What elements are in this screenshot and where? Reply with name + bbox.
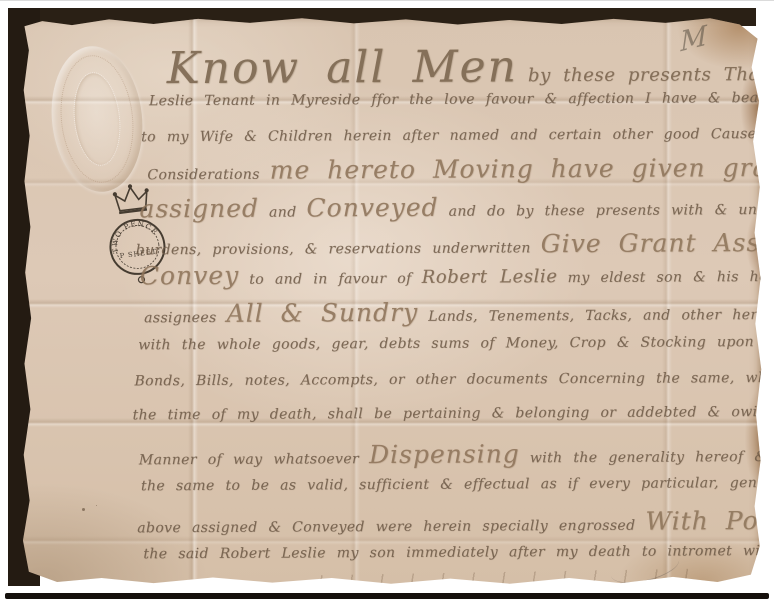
text-segment: with the generality hereof & admitting <box>530 449 762 467</box>
text-segment: Robert Leslie <box>422 266 558 288</box>
handwritten-line-7: Conveyto and in favour ofRobert Lesliemy… <box>140 258 762 291</box>
scan-top-hairline <box>0 0 774 1</box>
text-segment: Bonds, Bills, notes, Accompts, or other … <box>134 370 762 390</box>
text-segment: Considerations <box>147 167 260 184</box>
text-segment: Lands, Tenements, Tacks, and other herit… <box>428 306 762 324</box>
text-segment: by these presents That I Robert <box>528 64 762 87</box>
text-segment: the time of my death, shall be pertainin… <box>133 403 762 423</box>
handwritten-line-13: the same to be as valid, sufficient & ef… <box>141 475 762 495</box>
handwritten-line-11: the time of my death, shall be pertainin… <box>133 403 762 423</box>
text-segment: and do by these presents with & under th… <box>449 202 762 220</box>
text-segment: above assigned & Conveyed were herein sp… <box>137 518 635 537</box>
text-segment: Know all Men <box>167 41 518 94</box>
text-segment: Manner of way whatsoever <box>139 451 359 468</box>
handwritten-line-2: Leslie Tenant in Myreside ffor the love … <box>149 90 762 109</box>
handwritten-line-15: the said Robert Leslie my son immediatel… <box>143 543 762 563</box>
text-segment: to my Wife & Children herein after named… <box>141 126 762 145</box>
text-segment: assigned <box>139 194 259 224</box>
handwritten-line-3: to my Wife & Children herein after named… <box>141 126 762 146</box>
text-segment: Dispensing <box>369 439 520 469</box>
text-segment: my eldest son & his heirs and <box>568 269 762 286</box>
text-segment: the said Robert Leslie my son immediatel… <box>143 543 762 563</box>
handwritten-line-9: with the whole goods, gear, debts sums o… <box>138 334 762 354</box>
text-segment: With Power <box>645 506 762 536</box>
text-segment: with the whole goods, gear, debts sums o… <box>138 334 762 354</box>
text-segment: All & Sundry <box>227 298 419 328</box>
handwritten-line-8: assigneesAll & SundryLands, Tenements, T… <box>144 295 762 328</box>
scan-bottom-edge <box>5 593 769 599</box>
handwritten-line-14: above assigned & Conveyed were herein sp… <box>137 506 762 539</box>
scanned-document: TWO PENCE P SHEET M Know all Menby these… <box>0 0 774 602</box>
text-segment: Give Grant Assign <box>541 228 762 258</box>
text-segment: to and in favour of <box>249 271 412 288</box>
handwritten-line-6: burdens, provisions, & reservations unde… <box>136 228 762 261</box>
handwritten-line-5: assignedandConveyedand do by these prese… <box>139 191 762 224</box>
text-segment: Conveyed <box>306 193 438 223</box>
text-segment: burdens, provisions, & reservations unde… <box>136 240 531 258</box>
text-segment: and <box>269 204 297 220</box>
handwritten-text-block: Know all Menby these presents That I Rob… <box>20 16 762 586</box>
text-segment: me hereto Moving have given granted <box>270 153 762 185</box>
text-segment: assignees <box>144 310 217 326</box>
text-segment: the same to be as valid, sufficient & ef… <box>141 475 762 494</box>
text-segment: Convey <box>140 261 239 291</box>
handwritten-line-1: Know all Menby these presents That I Rob… <box>167 39 762 94</box>
handwritten-line-4: Considerationsme hereto Moving have give… <box>147 153 762 186</box>
text-segment: Leslie Tenant in Myreside ffor the love … <box>149 90 762 109</box>
handwritten-line-12: Manner of way whatsoeverDispensingwith t… <box>139 438 762 471</box>
paper: TWO PENCE P SHEET M Know all Menby these… <box>20 16 762 586</box>
handwritten-line-10: Bonds, Bills, notes, Accompts, or other … <box>134 370 762 390</box>
